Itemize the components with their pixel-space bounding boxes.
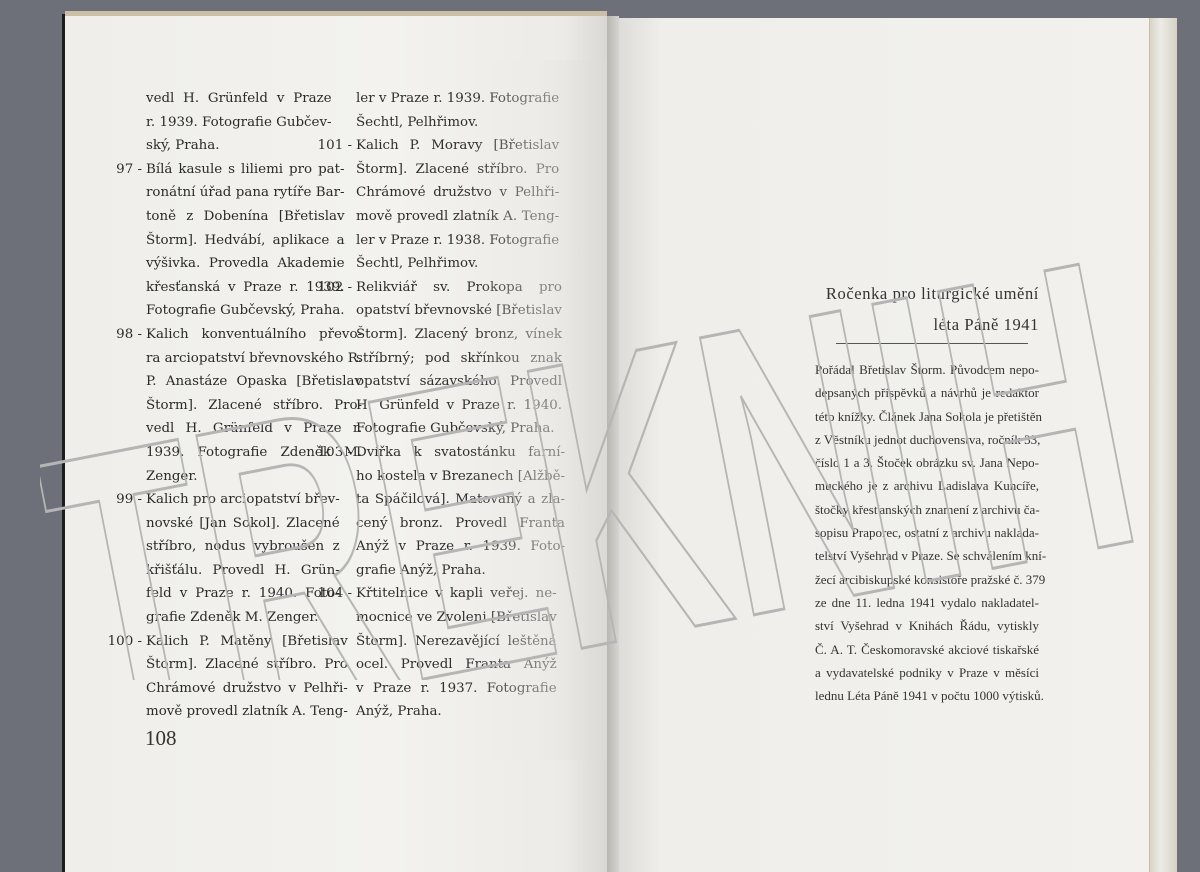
text-line: v Praze r. 1937. Fotografie <box>356 677 557 701</box>
text-line: Anýž, Praha. <box>356 700 557 724</box>
text-line: ta Spáčilová]. Matovaný a zla- <box>356 488 565 512</box>
catalog-column-right: ler v Praze r. 1939. FotografieŠechtl, P… <box>310 87 518 724</box>
catalog-entry: 99 -Kalich pro arciopatství břev-novské … <box>100 488 297 630</box>
colophon-line: ze dne 11. ledna 1941 vydalo nakladatel- <box>815 591 1039 614</box>
colophon-line: muckého je z archivu Ladislava Kuncíře, <box>815 474 1039 497</box>
text-line: Dvířka k svatostánku farní- <box>356 441 565 465</box>
entry-text: Kalich P. Moravy [BřetislavŠtorm]. Zlace… <box>356 134 559 276</box>
entry-number: 97 - <box>100 158 146 323</box>
entry-text: ler v Praze r. 1939. FotografieŠechtl, P… <box>356 87 559 134</box>
catalog-entry: 100 -Kalich P. Matěny [BřetislavŠtorm]. … <box>100 630 297 724</box>
text-line: cený bronz. Provedl Franta <box>356 512 565 536</box>
entry-number <box>100 87 146 158</box>
entry-number: 102 - <box>310 276 356 441</box>
text-line: Štorm]. Nerezavějící leštěná <box>356 630 557 654</box>
text-line: opatství břevnovské [Břetislav <box>356 299 562 323</box>
text-line: ler v Praze r. 1939. Fotografie <box>356 87 559 111</box>
entry-number: 99 - <box>100 488 146 630</box>
colophon-line: štočky křesťanských znamení z archivu ča… <box>815 498 1039 521</box>
catalog-entry: 102 -Relikviář sv. Prokopa proopatství b… <box>310 276 518 441</box>
catalog-entry: 104 -Křtitelnice v kapli veřej. ne-mocni… <box>310 582 518 724</box>
text-line: mově provedl zlatník A. Teng- <box>356 205 559 229</box>
text-line: ský, Praha. <box>146 134 332 158</box>
colophon-line: Pořádal Břetislav Štorm. Původcem nepo- <box>815 358 1039 381</box>
colophon-line: ství Vyšehrad v Knihách Řádu, vytiskly <box>815 614 1039 637</box>
entry-number <box>310 87 356 134</box>
text-line: vedl H. Grünfeld v Praze <box>146 87 332 111</box>
text-line: Relikviář sv. Prokopa pro <box>356 276 562 300</box>
text-line: mocnice ve Zvoleni [Břetislav <box>356 606 557 630</box>
entry-text: Křtitelnice v kapli veřej. ne-mocnice ve… <box>356 582 557 724</box>
text-line: Šechtl, Pelhřimov. <box>356 252 559 276</box>
catalog-entry: 98 -Kalich konventuálního převo-ra arcio… <box>100 323 297 488</box>
entry-number: 98 - <box>100 323 146 488</box>
catalog-entry: 103 -Dvířka k svatostánku farní-ho koste… <box>310 441 518 583</box>
colophon-title: Ročenka pro liturgické umění léta Páně 1… <box>815 278 1039 340</box>
colophon-line: z Věstníku jednot duchovenstva, ročník 3… <box>815 428 1039 451</box>
text-line: Křtitelnice v kapli veřej. ne- <box>356 582 557 606</box>
text-line: Štorm]. Zlacený bronz, vínek <box>356 323 562 347</box>
colophon-line: Č. A. T. Českomoravské akciové tiskařské <box>815 638 1039 661</box>
entry-number: 104 - <box>310 582 356 724</box>
entry-text: vedl H. Grünfeld v Prazer. 1939. Fotogra… <box>146 87 332 158</box>
text-line: Fotografie Gubčevský, Praha. <box>356 417 562 441</box>
text-line: Chrámové družstvo v Pelhři- <box>356 181 559 205</box>
catalog-entry: 101 -Kalich P. Moravy [BřetislavŠtorm]. … <box>310 134 518 276</box>
entry-number: 101 - <box>310 134 356 276</box>
colophon-line: této knížky. Článek Jana Sokola je přeti… <box>815 405 1039 428</box>
title-line-2: léta Páně 1941 <box>815 309 1039 340</box>
page-edges <box>1149 18 1177 872</box>
text-line: ocel. Provedl Franta Anýž <box>356 653 557 677</box>
colophon-line: lednu Léta Páně 1941 v počtu 1000 výtisk… <box>815 684 1039 707</box>
catalog-column-left: vedl H. Grünfeld v Prazer. 1939. Fotogra… <box>100 87 297 724</box>
colophon-line: depsaných příspěvků a návrhů je redaktor <box>815 381 1039 404</box>
text-line: grafie Anýž, Praha. <box>356 559 565 583</box>
book-gutter <box>607 16 619 872</box>
colophon-line: telství Vyšehrad v Praze. Se schválením … <box>815 544 1039 567</box>
entry-number: 100 - <box>100 630 146 724</box>
colophon-line: žecí arcibiskupské konsistoře pražské č.… <box>815 568 1039 591</box>
colophon-text: Pořádal Břetislav Štorm. Původcem nepo-d… <box>815 358 1039 707</box>
title-divider <box>836 343 1028 344</box>
text-line: H. Grünfeld v Praze r. 1940. <box>356 394 562 418</box>
catalog-entry: vedl H. Grünfeld v Prazer. 1939. Fotogra… <box>100 87 297 158</box>
text-line: Anýž v Praze r. 1939. Foto- <box>356 535 565 559</box>
text-line: r. 1939. Fotografie Gubčev- <box>146 111 332 135</box>
text-line: Šechtl, Pelhřimov. <box>356 111 559 135</box>
text-line: stříbrný; pod skřínkou znak <box>356 347 562 371</box>
catalog-entry: 97 -Bílá kasule s liliemi pro pat-ronátn… <box>100 158 297 323</box>
text-line: ler v Praze r. 1938. Fotografie <box>356 229 559 253</box>
text-line: ho kostela v Brezanech [Alžbě- <box>356 465 565 489</box>
entry-text: Relikviář sv. Prokopa proopatství břevno… <box>356 276 562 441</box>
entry-number: 103 - <box>310 441 356 583</box>
colophon-line: sopisu Praporec, ostatní z archivu nakla… <box>815 521 1039 544</box>
colophon-line: číslo 1 a 3. Štoček obrázku sv. Jana Nep… <box>815 451 1039 474</box>
catalog-entry: ler v Praze r. 1939. FotografieŠechtl, P… <box>310 87 518 134</box>
page-number: 108 <box>145 726 177 751</box>
text-line: opatství sázavského. Provedl <box>356 370 562 394</box>
title-line-1: Ročenka pro liturgické umění <box>815 278 1039 309</box>
text-line: Štorm]. Zlacené stříbro. Pro <box>356 158 559 182</box>
colophon-line: a vydavatelské podniky v Praze v měsíci <box>815 661 1039 684</box>
text-line: Kalich P. Moravy [Břetislav <box>356 134 559 158</box>
entry-text: Dvířka k svatostánku farní-ho kostela v … <box>356 441 565 583</box>
